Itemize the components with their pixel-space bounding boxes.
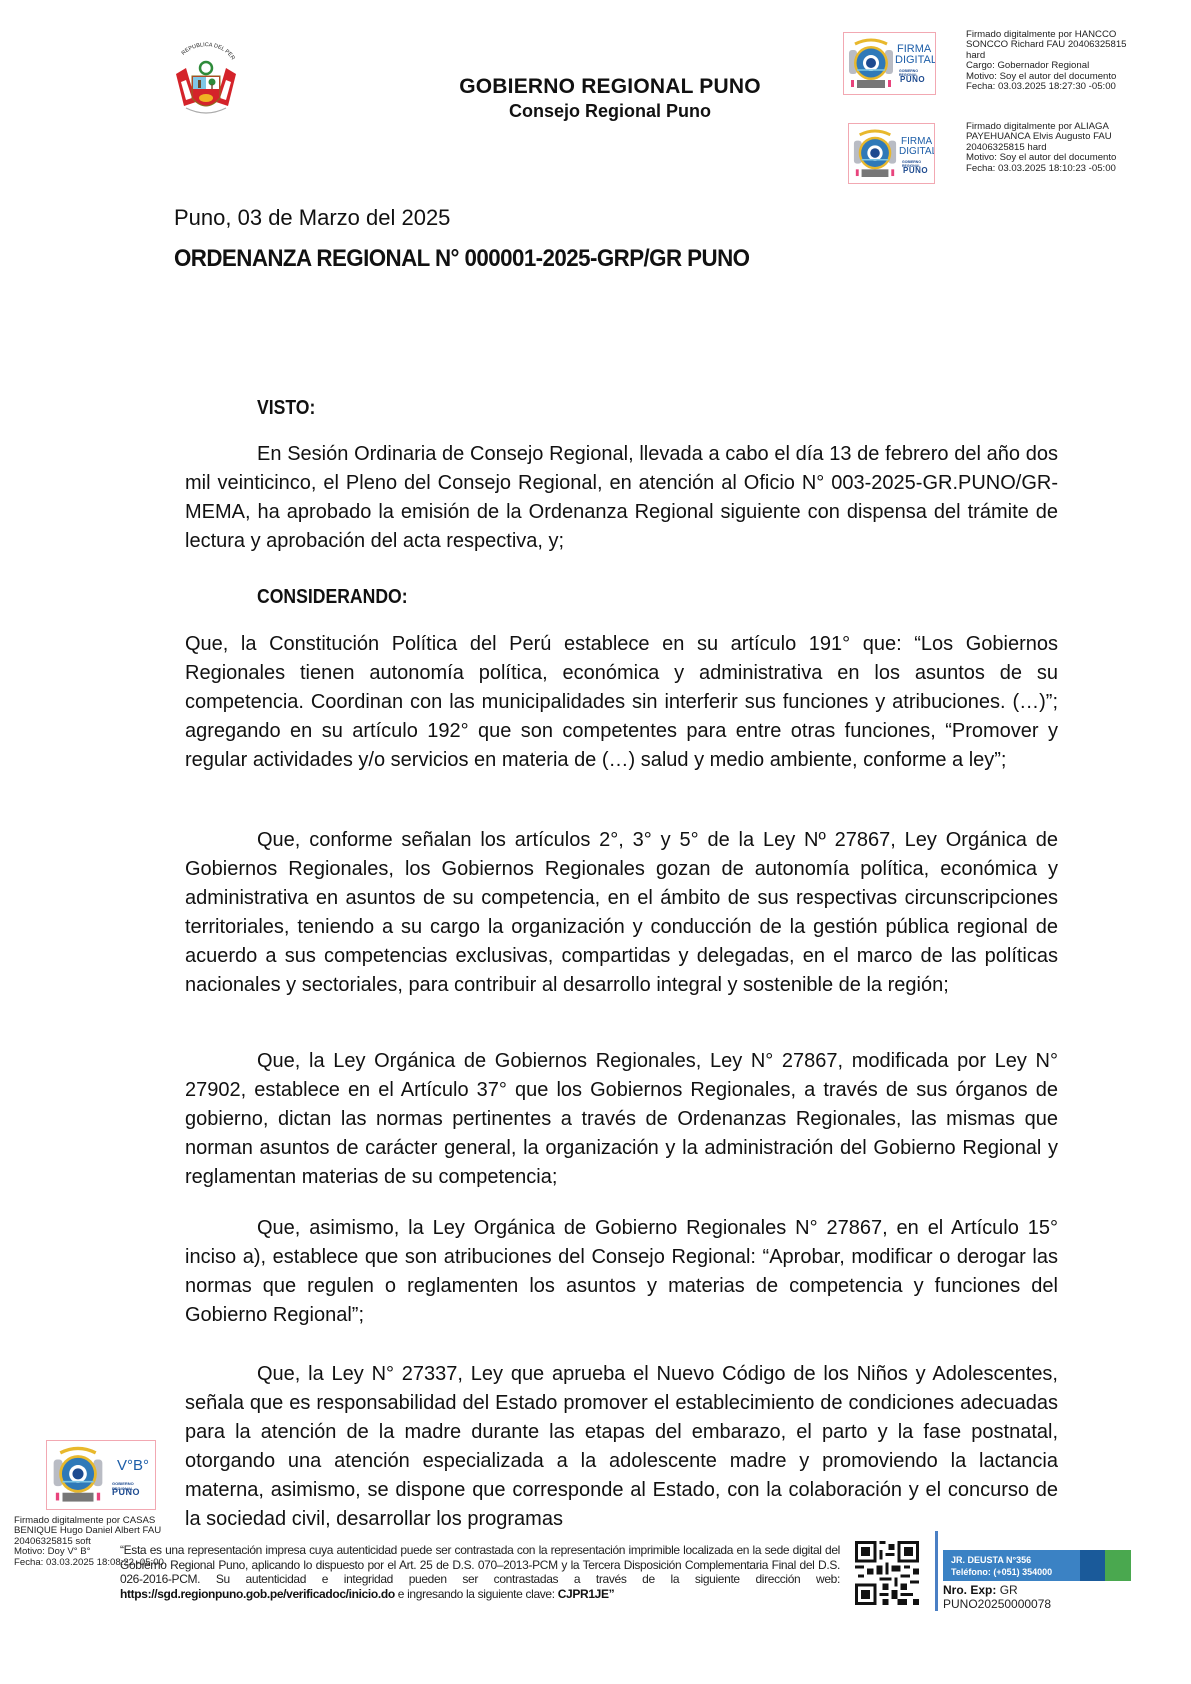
paragraph-considerando-3: Que, la Ley Orgánica de Gobiernos Region… bbox=[185, 1047, 1058, 1192]
digital-signature-stamp[interactable]: FIRMA DIGITAL GOBIERNO REGIONAL PUNO bbox=[848, 123, 935, 184]
signature-details-1: Firmado digitalmente por HANCCOSONCCO Ri… bbox=[966, 30, 1127, 92]
ordinance-title: ORDENANZA REGIONAL N° 000001-2025-GRP/GR… bbox=[174, 245, 749, 273]
footer-divider bbox=[935, 1531, 938, 1611]
paragraph-considerando-4: Que, asimismo, la Ley Orgánica de Gobier… bbox=[185, 1214, 1058, 1330]
expediente-number: Nro. Exp: GR PUNO20250000078 bbox=[943, 1583, 1083, 1611]
stamp-label-digital: DIGITAL bbox=[895, 55, 936, 66]
coat-caption: REPUBLICA DEL PERU bbox=[172, 42, 236, 61]
puno-emblem-icon bbox=[847, 36, 895, 92]
header-title: GOBIERNO REGIONAL PUNO bbox=[400, 75, 820, 99]
stamp-org: PUNO bbox=[900, 75, 925, 84]
paragraph-visto: En Sesión Ordinaria de Consejo Regional,… bbox=[185, 440, 1058, 556]
stamp-label-digital: DIGITAL bbox=[899, 147, 935, 157]
signature-details-2: Firmado digitalmente por ALIAGAPAYEHUANC… bbox=[966, 122, 1116, 174]
address-line: JR. DEUSTA N°356 bbox=[951, 1554, 1080, 1566]
stamp-org: PUNO bbox=[903, 166, 928, 175]
approval-stamp[interactable]: V°B° GOBIERNO REGIONAL PUNO bbox=[46, 1440, 156, 1510]
header-subtitle: Consejo Regional Puno bbox=[400, 101, 820, 122]
verification-key: CJPR1JE bbox=[558, 1587, 609, 1601]
verification-link[interactable]: https://sgd.regionpuno.gob.pe/verificado… bbox=[120, 1587, 395, 1601]
digital-signature-stamp[interactable]: FIRMA DIGITAL GOBIERNO REGIONAL PUNO bbox=[843, 32, 936, 95]
phone-line: Teléfono: (+051) 354000 bbox=[951, 1566, 1080, 1578]
section-heading-visto: VISTO: bbox=[257, 397, 315, 420]
puno-emblem-icon bbox=[50, 1444, 106, 1506]
peru-coat-of-arms: REPUBLICA DEL PERU bbox=[172, 42, 240, 120]
stamp-org: PUNO bbox=[112, 1487, 140, 1497]
paragraph-considerando-5: Que, la Ley N° 27337, Ley que aprueba el… bbox=[185, 1360, 1058, 1534]
document-date: Puno, 03 de Marzo del 2025 bbox=[174, 205, 450, 231]
paragraph-considerando-2: Que, conforme señalan los artículos 2°, … bbox=[185, 826, 1058, 1000]
qr-code[interactable] bbox=[855, 1541, 919, 1605]
stamp-label-vobo: V°B° bbox=[117, 1458, 149, 1473]
authenticity-note: “Esta es una representación impresa cuya… bbox=[120, 1543, 840, 1601]
address-banner: JR. DEUSTA N°356Teléfono: (+051) 354000 bbox=[943, 1550, 1131, 1581]
paragraph-considerando-1: Que, la Constitución Política del Perú e… bbox=[185, 630, 1058, 775]
puno-emblem-icon bbox=[852, 127, 898, 181]
svg-text:REPUBLICA DEL PERU: REPUBLICA DEL PERU bbox=[172, 42, 236, 61]
section-heading-considerando: CONSIDERANDO: bbox=[257, 586, 408, 609]
